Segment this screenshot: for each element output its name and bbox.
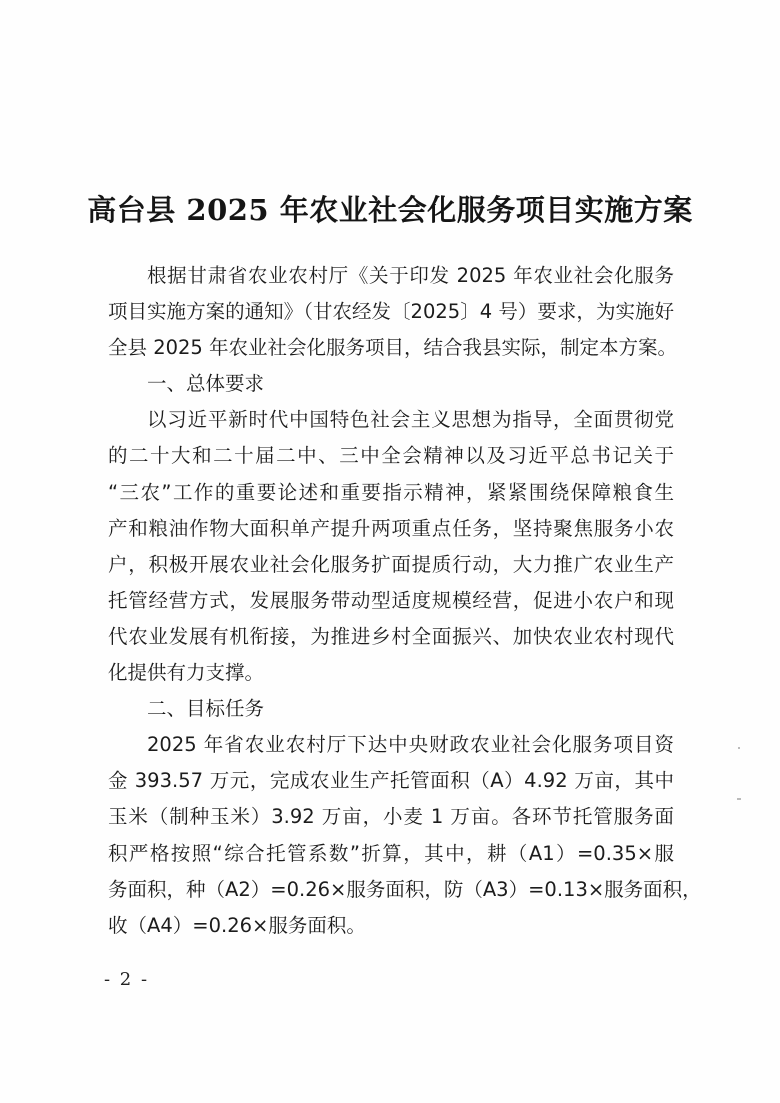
document-body: 根据甘肃省农业农村厅《关于印发 2025 年农业社会化服务 项目实施方案的通知》… xyxy=(108,258,674,944)
section-general-requirements: 一、总体要求 以习近平新时代中国特色社会主义思想为指导，全面贯彻党 的二十大和二… xyxy=(108,366,674,691)
paragraph-line: “三农”工作的重要论述和重要指示精神，紧紧围绕保障粮食生 xyxy=(108,475,674,511)
paragraph-line: 积严格按照“综合托管系数”折算，其中，耕（A1）=0.35×服 xyxy=(108,836,674,872)
paragraph-line: 务面积，种（A2）=0.26×服务面积，防（A3）=0.13×服务面积， xyxy=(108,872,674,908)
paragraph-line: 代农业发展有机衔接，为推进乡村全面振兴、加快农业农村现代 xyxy=(108,619,674,655)
scan-speck xyxy=(737,798,741,800)
paragraph-line: 化提供有力支撑。 xyxy=(108,655,674,691)
document-title: 高台县 2025 年农业社会化服务项目实施方案 xyxy=(0,188,780,229)
paragraph-line: 2025 年省农业农村厅下达中央财政农业社会化服务项目资 xyxy=(108,727,674,763)
section-target-tasks: 二、目标任务 2025 年省农业农村厅下达中央财政农业社会化服务项目资 金 39… xyxy=(108,691,674,944)
scan-speck xyxy=(738,747,740,749)
intro-paragraph: 根据甘肃省农业农村厅《关于印发 2025 年农业社会化服务 项目实施方案的通知》… xyxy=(108,258,674,366)
paragraph-line: 以习近平新时代中国特色社会主义思想为指导，全面贯彻党 xyxy=(108,402,674,438)
paragraph-line: 金 393.57 万元，完成农业生产托管面积（A）4.92 万亩，其中 xyxy=(108,763,674,799)
section-heading: 二、目标任务 xyxy=(108,691,674,727)
paragraph-line: 收（A4）=0.26×服务面积。 xyxy=(108,908,674,944)
paragraph-line: 产和粮油作物大面积单产提升两项重点任务，坚持聚焦服务小农 xyxy=(108,511,674,547)
paragraph-line: 户，积极开展农业社会化服务扩面提质行动，大力推广农业生产 xyxy=(108,547,674,583)
paragraph-line: 根据甘肃省农业农村厅《关于印发 2025 年农业社会化服务 xyxy=(108,258,674,294)
paragraph-line: 的二十大和二十届二中、三中全会精神以及习近平总书记关于 xyxy=(108,438,674,474)
paragraph-line: 玉米（制种玉米）3.92 万亩，小麦 1 万亩。各环节托管服务面 xyxy=(108,799,674,835)
page-number: - 2 - xyxy=(104,969,149,990)
document-page: 高台县 2025 年农业社会化服务项目实施方案 根据甘肃省农业农村厅《关于印发 … xyxy=(0,0,780,1103)
paragraph-line: 全县 2025 年农业社会化服务项目，结合我县实际，制定本方案。 xyxy=(108,330,674,366)
section-heading: 一、总体要求 xyxy=(108,366,674,402)
paragraph-line: 托管经营方式，发展服务带动型适度规模经营，促进小农户和现 xyxy=(108,583,674,619)
paragraph-line: 项目实施方案的通知》（甘农经发〔2025〕4 号）要求，为实施好 xyxy=(108,294,674,330)
